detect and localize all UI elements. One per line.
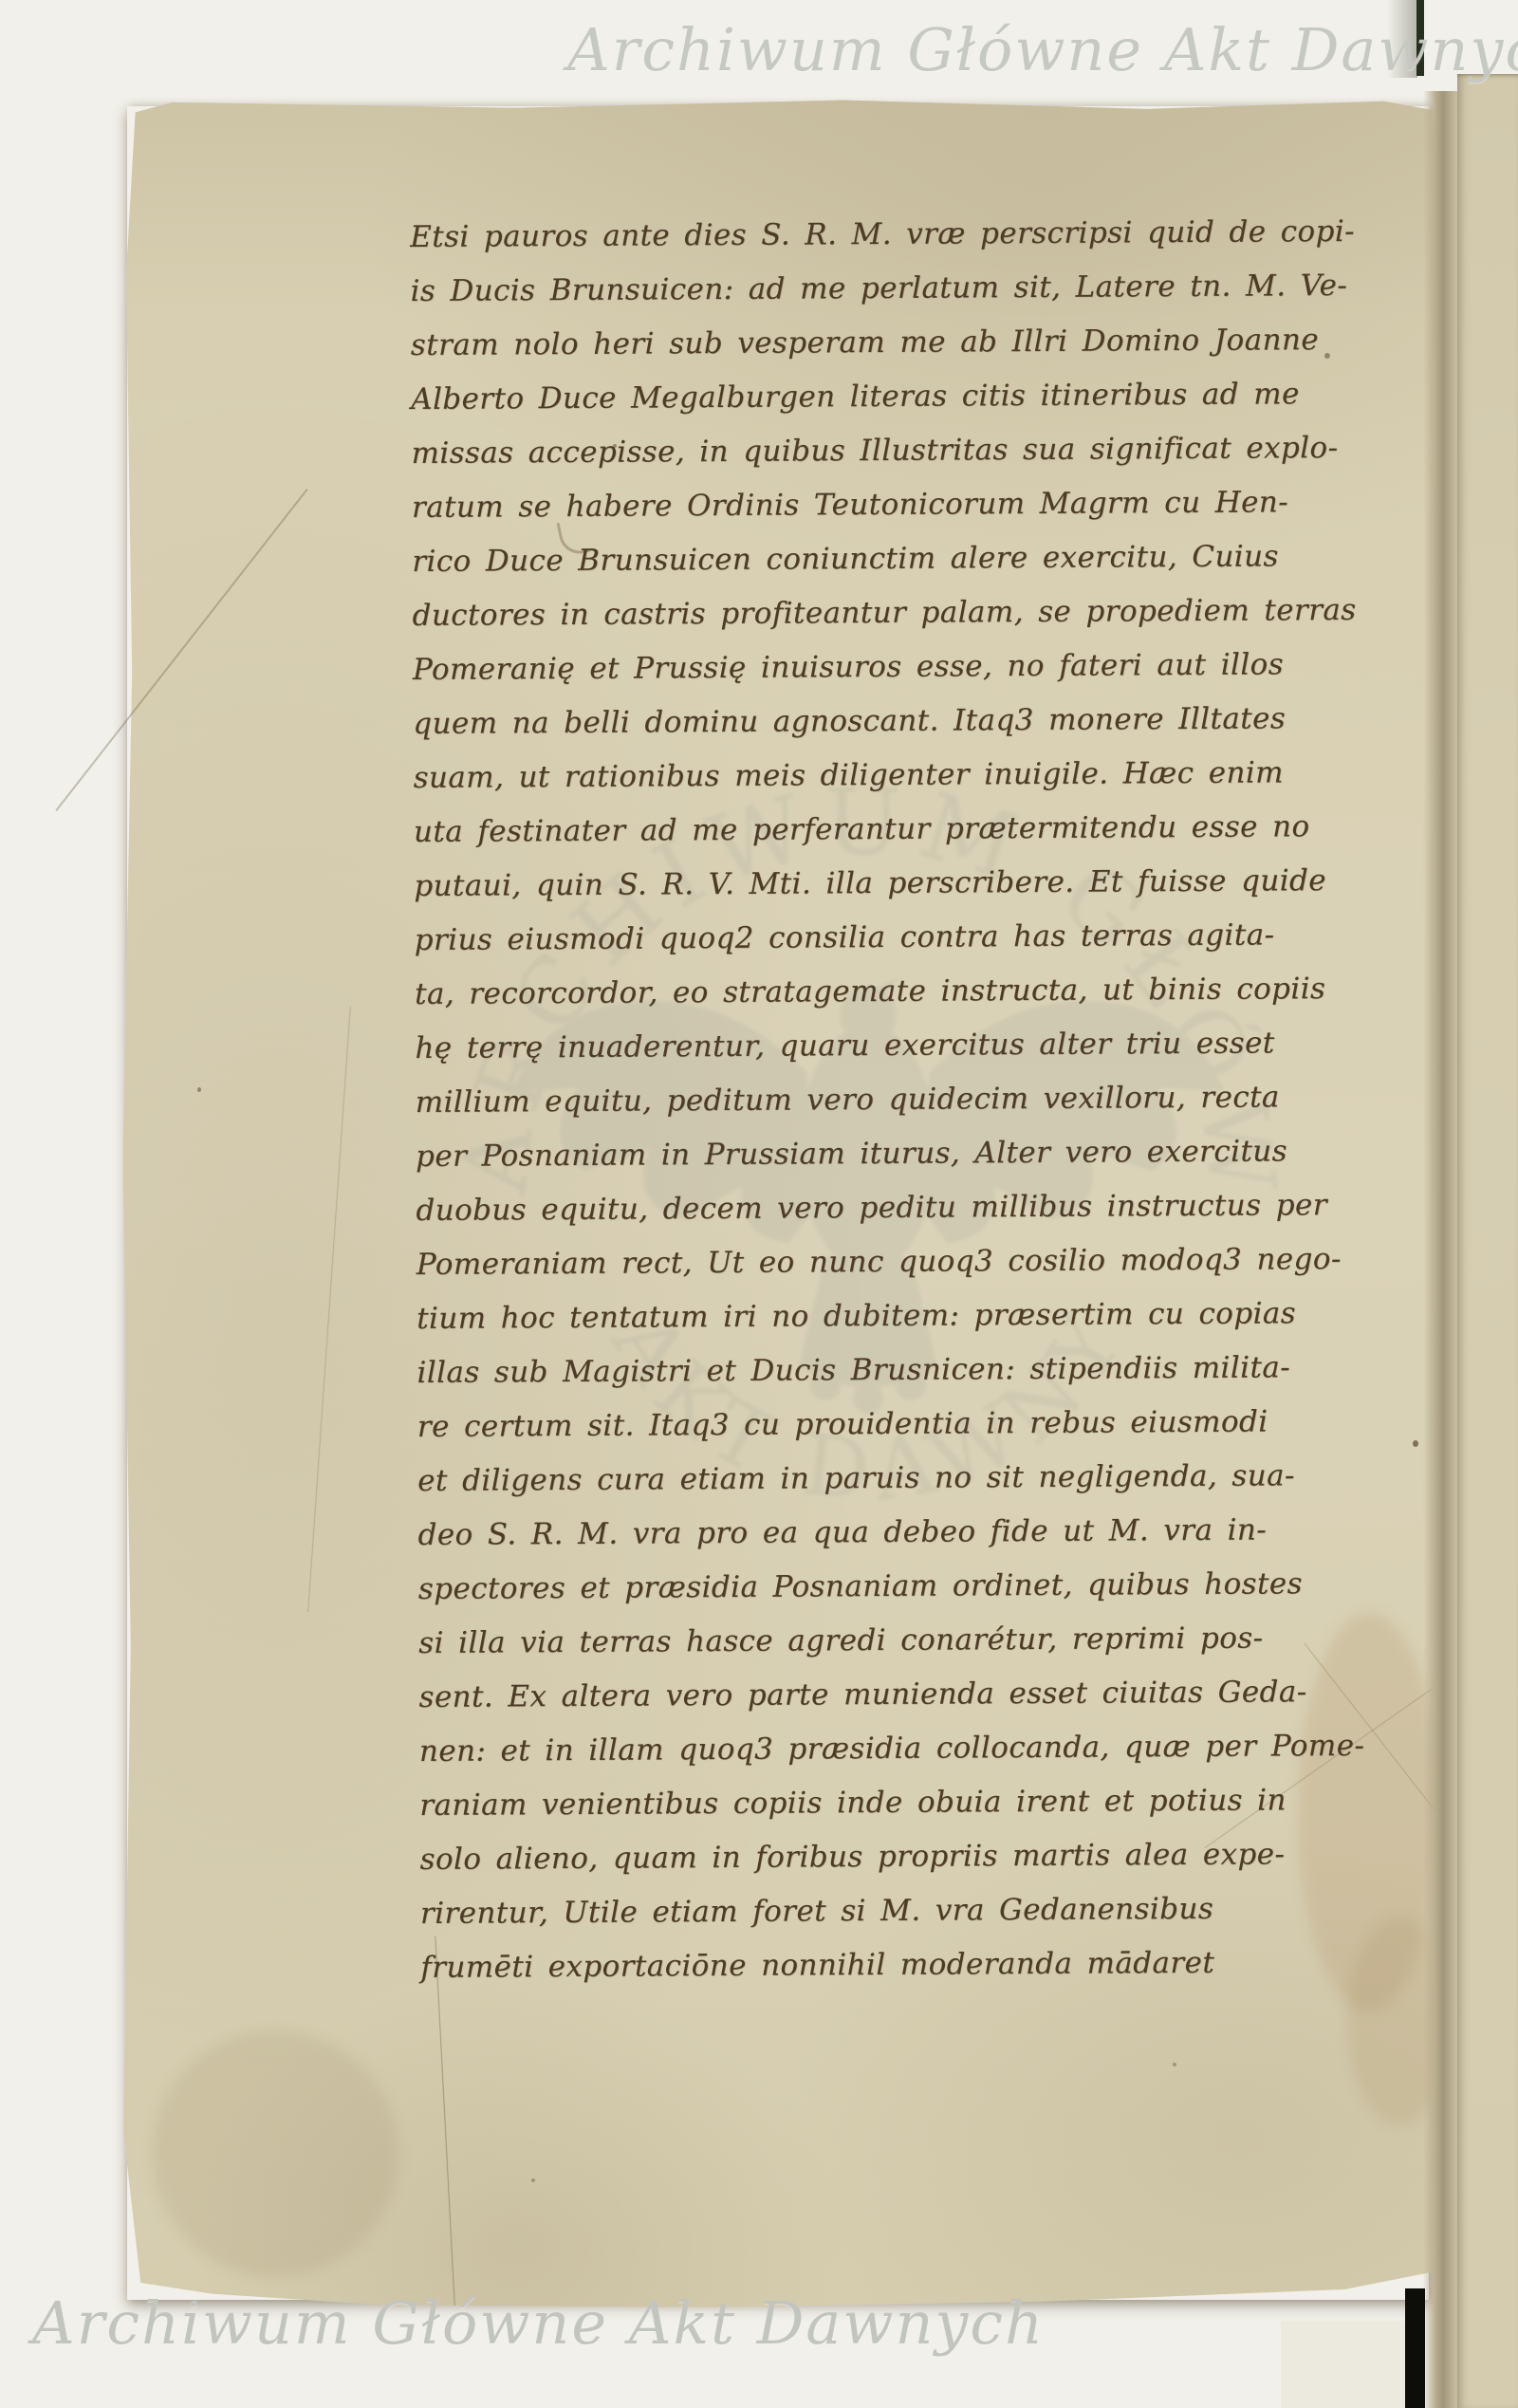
manuscript-text-line: sent. Ex altera vero parte munienda esse… <box>418 1665 1382 1725</box>
manuscript-text-line: Alberto Duce Megalburgen literas citis i… <box>411 367 1375 427</box>
manuscript-text-line: missas accepisse, in quibus Illustritas … <box>411 421 1375 481</box>
manuscript-text-line: si illa via terras hasce agredi conarétu… <box>418 1611 1382 1671</box>
manuscript-text-line: frumēti exportaciōne nonnihil moderanda … <box>420 1936 1384 1995</box>
manuscript-text-line: Pomeranię et Prussię inuisuros esse, no … <box>413 638 1377 697</box>
manuscript-text-line: prius eiusmodi quoq2 consilia contra has… <box>415 908 1379 968</box>
manuscript-text-line: Pomeraniam rect, Ut eo nunc quoq3 cosili… <box>417 1232 1380 1292</box>
manuscript-text-line: nen: et in illam quoq3 præsidia collocan… <box>419 1719 1383 1779</box>
manuscript-text-line: uta festinater ad me perferantur præterm… <box>414 800 1378 860</box>
ink-speck <box>531 2178 535 2182</box>
manuscript-text-line: raniam venientibus copiis inde obuia ire… <box>419 1773 1383 1833</box>
manuscript-text-line: tium hoc tentatum iri no dubitem: præser… <box>417 1287 1380 1346</box>
ink-speck <box>197 1087 201 1092</box>
manuscript-text-line: suam, ut rationibus meis diligenter inui… <box>413 746 1377 806</box>
manuscript-text-line: per Posnaniam in Prussiam iturus, Alter … <box>416 1124 1379 1184</box>
archive-watermark-bottom: Archiwum Główne Akt Dawnych <box>32 2288 1045 2358</box>
manuscript-text-line: rirentur, Utile etiam foret si M. vra Ge… <box>420 1881 1384 1941</box>
facing-page-edge <box>1457 74 1518 2408</box>
binding-strip <box>1405 2288 1425 2408</box>
ink-speck <box>1413 1440 1418 1447</box>
manuscript-text-line: re certum sit. Itaq3 cu prouidentia in r… <box>417 1395 1381 1454</box>
manuscript-text-line: spectores et præsidia Posnaniam ordinet,… <box>418 1557 1382 1617</box>
gutter-shadow <box>1423 91 1459 2408</box>
ink-speck <box>1173 2063 1176 2066</box>
manuscript-text-line: ratum se habere Ordinis Teutonicorum Mag… <box>412 475 1376 535</box>
manuscript-text-line: millium equitu, peditum vero quidecim ve… <box>416 1070 1379 1130</box>
manuscript-text-line: Etsi pauros ante dies S. R. M. vræ persc… <box>410 205 1374 265</box>
manuscript-text-line: illas sub Magistri et Ducis Brusnicen: s… <box>417 1341 1380 1400</box>
archive-watermark-top: Archiwum Główne Akt Dawnych <box>567 15 1518 84</box>
manuscript-text-line: ductores in castris profiteantur palam, … <box>412 583 1376 643</box>
manuscript-text-line: stram nolo heri sub vesperam me ab Illri… <box>411 313 1375 373</box>
manuscript-text-line: solo alieno, quam in foribus propriis ma… <box>419 1827 1383 1887</box>
scan-backing: { "document": { "type": "manuscript-scan… <box>0 0 1518 2408</box>
manuscript-text-line: deo S. R. M. vra pro ea qua debeo fide u… <box>417 1503 1381 1563</box>
manuscript-text-line: duobus equitu, decem vero peditu millibu… <box>416 1178 1379 1238</box>
backing-paper-corner <box>1281 2321 1405 2408</box>
manuscript-text-line: rico Duce Brunsuicen coniunctim alere ex… <box>412 529 1376 589</box>
manuscript-text-block: Etsi pauros ante dies S. R. M. vræ persc… <box>410 205 1384 1995</box>
manuscript-text-line: putaui, quin S. R. V. Mti. illa perscrib… <box>414 854 1378 914</box>
manuscript-text-line: hę terrę inuaderentur, quaru exercitus a… <box>415 1016 1379 1076</box>
manuscript-text-line: quem na belli dominu agnoscant. Itaq3 mo… <box>413 692 1377 751</box>
manuscript-text-line: ta, recorcordor, eo stratagemate instruc… <box>415 962 1379 1022</box>
manuscript-text-line: is Ducis Brunsuicen: ad me perlatum sit,… <box>410 259 1374 319</box>
soiling-bottom-left <box>152 2030 398 2277</box>
manuscript-text-line: et diligens cura etiam in paruis no sit … <box>417 1449 1381 1509</box>
